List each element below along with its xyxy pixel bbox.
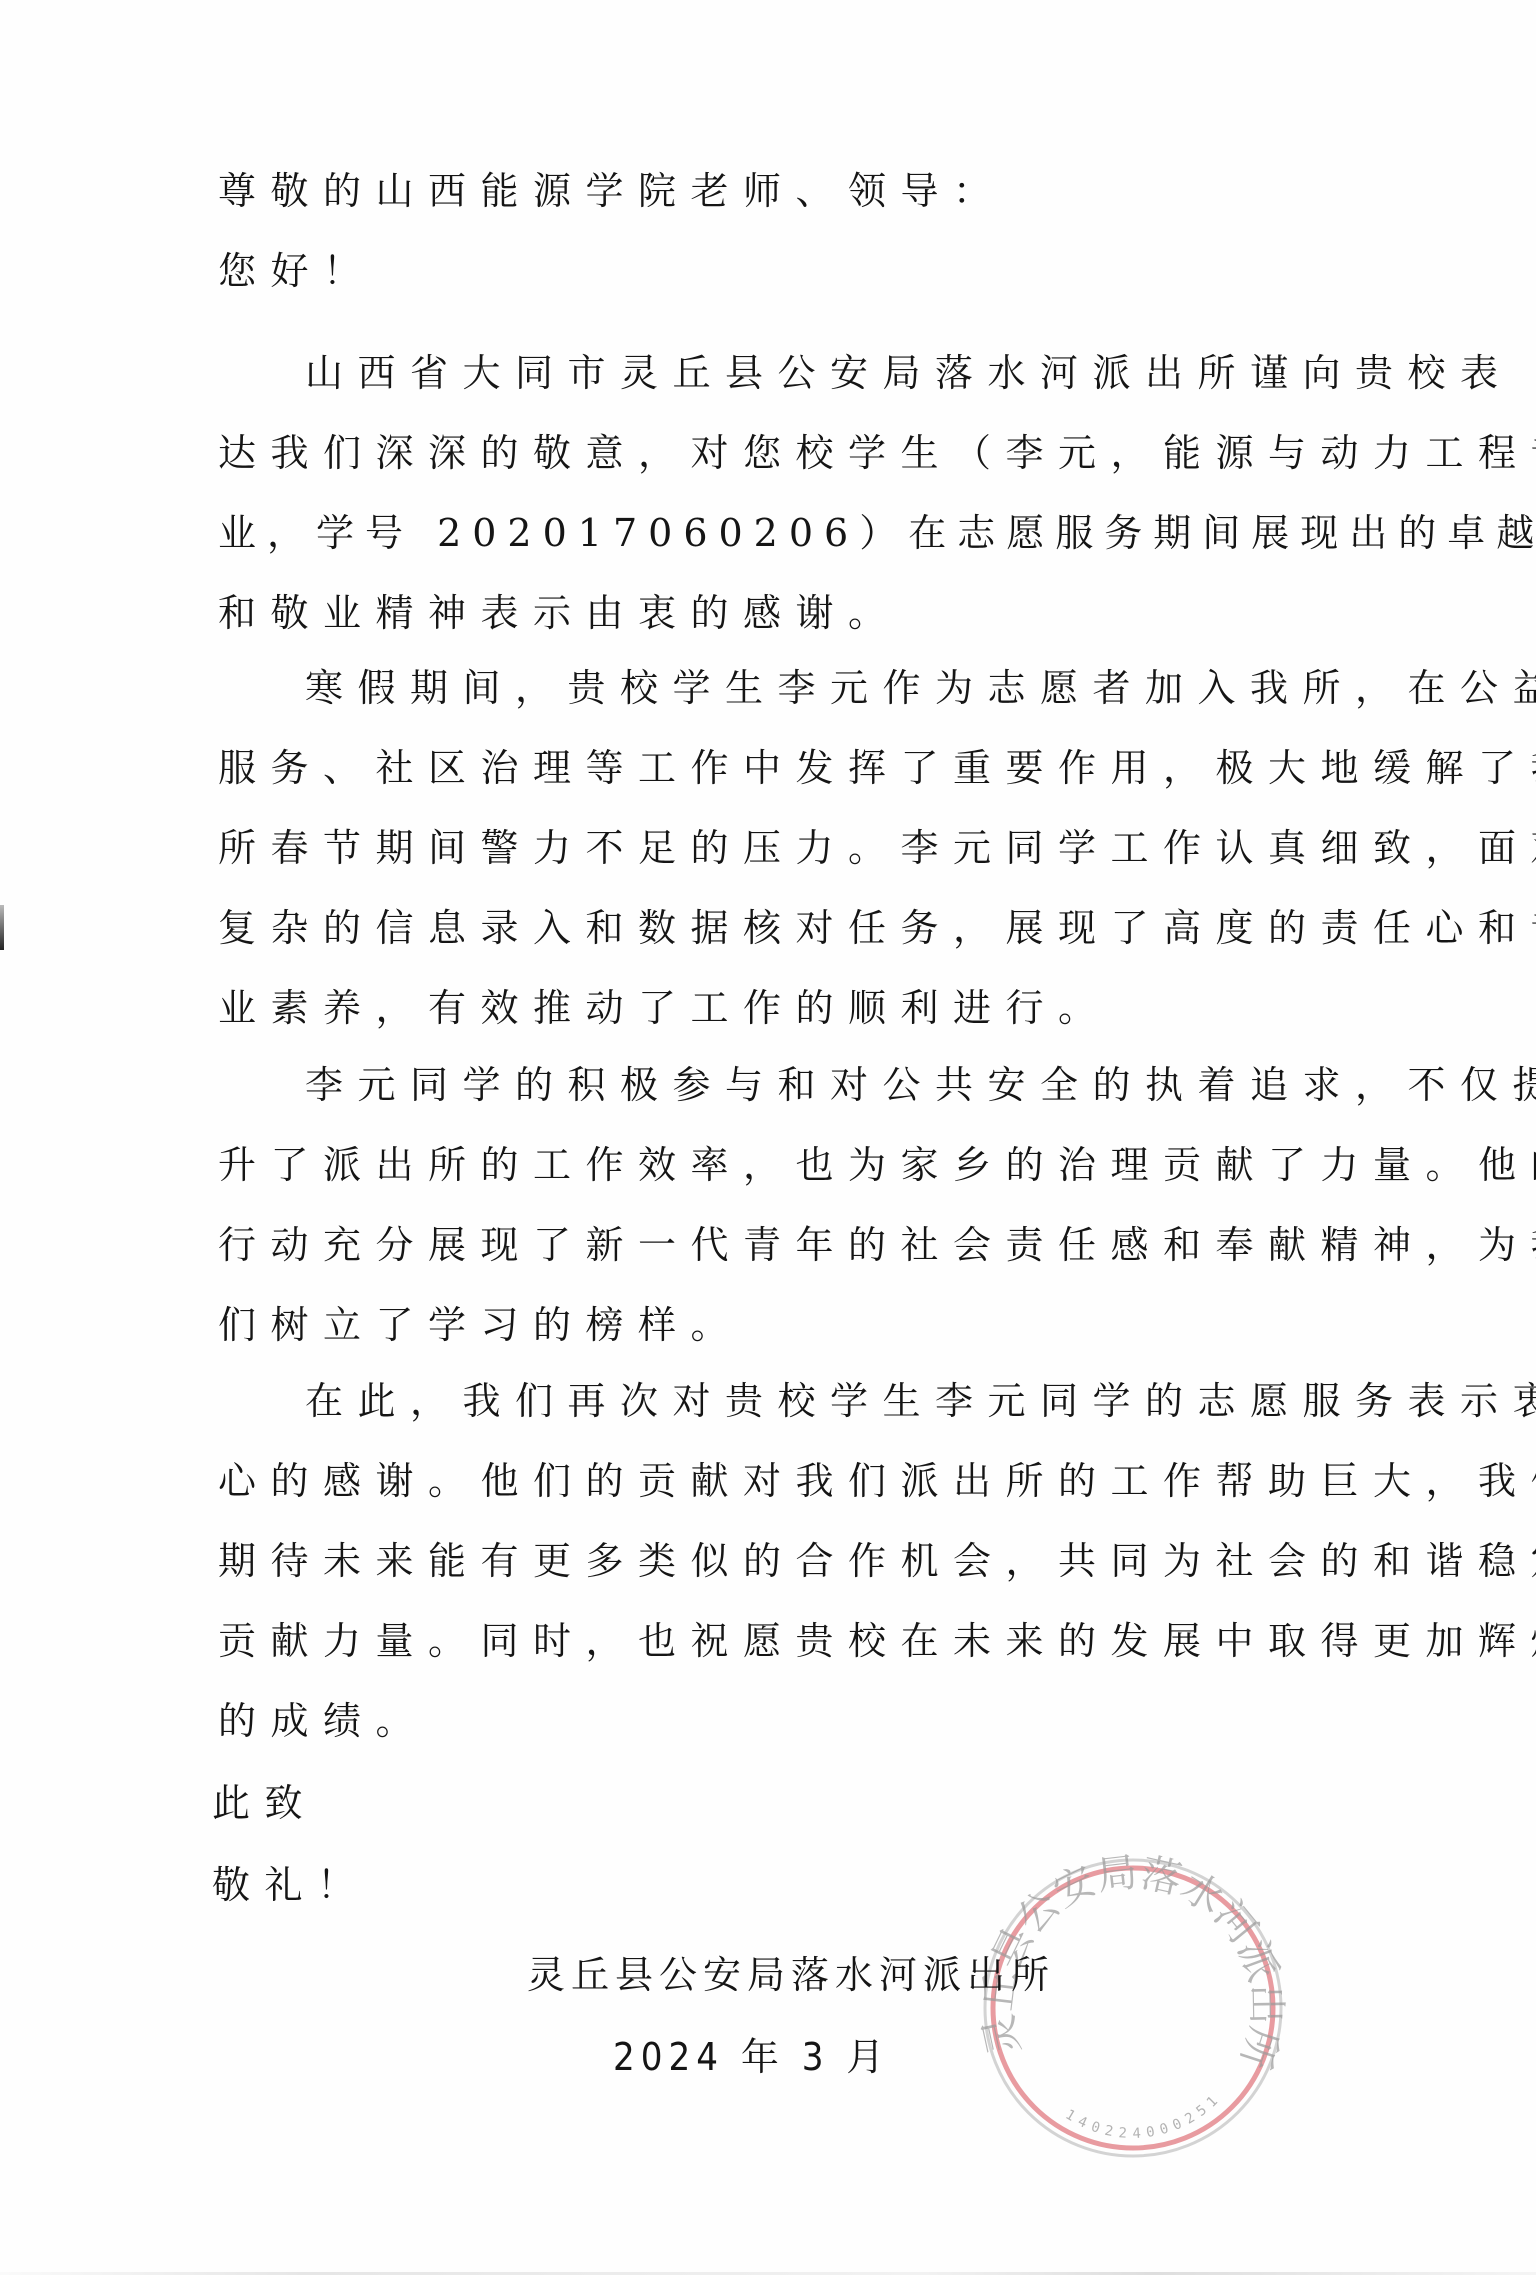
paragraph-1-line-1: 山西省大同市灵丘县公安局落水河派出所谨向贵校表 (305, 350, 1513, 396)
paragraph-1-line-2: 达我们深深的敬意，对您校学生（李元，能源与动力工程专 (218, 430, 1536, 476)
signature-date: 2024 年 3 月 (613, 2034, 890, 2080)
paragraph-3-line-4: 们树立了学习的榜样。 (218, 1302, 743, 1348)
closing-jingli: 敬礼！ (212, 1862, 370, 1908)
greeting: 您好！ (218, 248, 376, 294)
salutation: 尊敬的山西能源学院老师、领导： (218, 168, 1006, 214)
paragraph-2-line-4: 复杂的信息录入和数据核对任务，展现了高度的责任心和专 (218, 905, 1536, 951)
closing-cizhi: 此致 (212, 1780, 317, 1826)
paragraph-3-line-2: 升了派出所的工作效率，也为家乡的治理贡献了力量。他的 (218, 1142, 1536, 1188)
paragraph-4-line-1: 在此，我们再次对贵校学生李元同学的志愿服务表示衷 (305, 1378, 1536, 1424)
paragraph-1-line-3: 业，学号 202017060206）在志愿服务期间展现出的卓越能力 (218, 510, 1536, 556)
paragraph-4-line-3: 期待未来能有更多类似的合作机会，共同为社会的和谐稳定 (218, 1538, 1536, 1584)
paragraph-3-line-1: 李元同学的积极参与和对公共安全的执着追求，不仅提 (305, 1062, 1536, 1108)
paragraph-3-line-3: 行动充分展现了新一代青年的社会责任感和奉献精神，为我 (218, 1222, 1536, 1268)
paragraph-4-line-4: 贡献力量。同时，也祝愿贵校在未来的发展中取得更加辉煌 (218, 1618, 1536, 1664)
paragraph-2-line-1: 寒假期间，贵校学生李元作为志愿者加入我所，在公益 (305, 665, 1536, 711)
paragraph-2-line-3: 所春节期间警力不足的压力。李元同学工作认真细致，面对 (218, 825, 1536, 871)
paragraph-2-line-2: 服务、社区治理等工作中发挥了重要作用，极大地缓解了我 (218, 745, 1536, 791)
letter-page: 尊敬的山西能源学院老师、领导： 您好！ 山西省大同市灵丘县公安局落水河派出所谨向… (0, 0, 1536, 2275)
paragraph-1-line-4: 和敬业精神表示由衷的感谢。 (218, 590, 901, 636)
paragraph-4-line-5: 的成绩。 (218, 1698, 428, 1744)
signature-organization: 灵丘县公安局落水河派出所 (527, 1952, 1055, 1998)
official-seal-stamp: 灵丘县公安局落水河派出所 1402240002511 (955, 1830, 1305, 2180)
scan-edge-mark (0, 905, 4, 950)
paragraph-4-line-2: 心的感谢。他们的贡献对我们派出所的工作帮助巨大，我们 (218, 1458, 1536, 1504)
paragraph-2-line-5: 业素养，有效推动了工作的顺利进行。 (218, 985, 1111, 1031)
